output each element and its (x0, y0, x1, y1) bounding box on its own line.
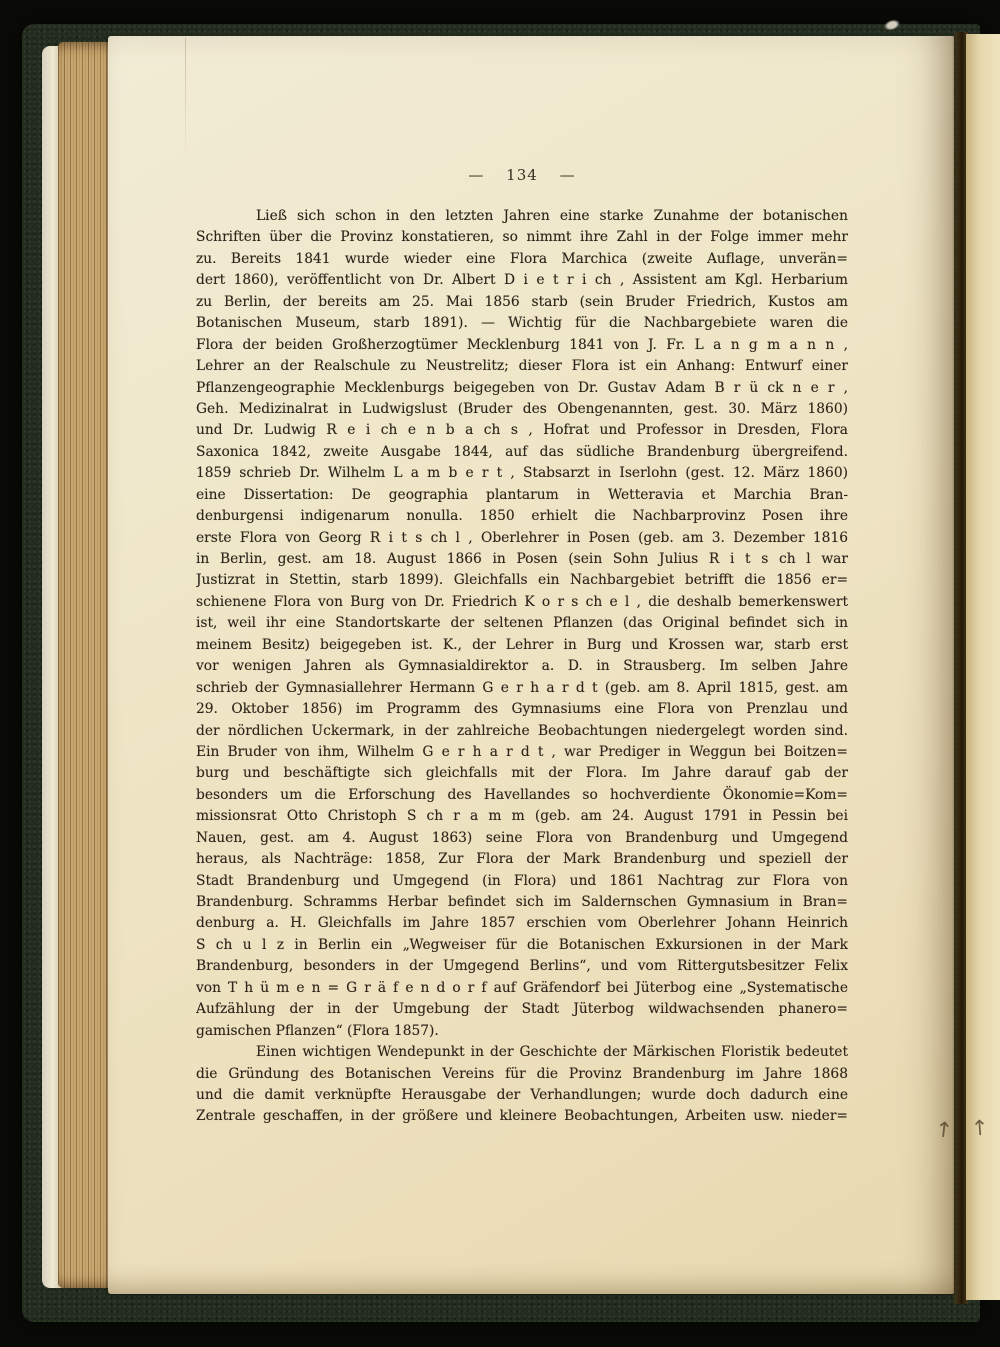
text-line: Botanischen Museum, starb 1891). — Wicht… (196, 313, 848, 334)
text-line: Brandenburg. Schramms Herbar befindet si… (196, 892, 848, 913)
text-line: zu. Bereits 1841 wurde wieder eine Flora… (196, 249, 848, 270)
text-line: dert 1860), veröffentlicht von Dr. Alber… (196, 270, 848, 291)
book-photo: { "page": { "number": "134", "header_dis… (0, 0, 1000, 1347)
text-line: und die damit verknüpfte Herausgabe der … (196, 1085, 848, 1106)
text-line: Aufzählung der in der Umgebung der Stadt… (196, 999, 848, 1020)
facing-page-edge (966, 34, 1000, 1300)
text-line: Einen wichtigen Wendepunkt in der Geschi… (196, 1042, 848, 1063)
text-line: heraus, als Nachträge: 1858, Zur Flora d… (196, 849, 848, 870)
text-line: die Gründung des Botanischen Vereins für… (196, 1064, 848, 1085)
text-line: und Dr. Ludwig R e i ch e n b a ch s , H… (196, 420, 848, 441)
text-line: missionsrat Otto Christoph S ch r a m m … (196, 806, 848, 827)
text-line: Brandenburg, besonders in der Umgegend B… (196, 956, 848, 977)
text-line: erste Flora von Georg R i t s ch l , Obe… (196, 528, 848, 549)
text-line: Lehrer an der Realschule zu Neustrelitz;… (196, 356, 848, 377)
text-line: Geh. Medizinalrat in Ludwigslust (Bruder… (196, 399, 848, 420)
text-line: S ch u l z in Berlin ein „Wegweiser für … (196, 935, 848, 956)
text-line: zu Berlin, der bereits am 25. Mai 1856 s… (196, 292, 848, 313)
text-line: 1859 schrieb Dr. Wilhelm L a m b e r t ,… (196, 463, 848, 484)
text-line: 29. Oktober 1856) im Programm des Gymnas… (196, 699, 848, 720)
text-line: Pflanzengeographie Mecklenburgs beigegeb… (196, 378, 848, 399)
text-line: Ließ sich schon in den letzten Jahren ei… (196, 206, 848, 227)
text-line: von T h ü m e n = G r ä f e n d o r f au… (196, 978, 848, 999)
text-line: Nauen, gest. am 4. August 1863) seine Fl… (196, 828, 848, 849)
text-line: meinem Besitz) beigegeben ist. K., der L… (196, 635, 848, 656)
ink-mark-icon: ↑ (970, 1117, 989, 1139)
paragraph: Einen wichtigen Wendepunkt in der Geschi… (196, 1042, 848, 1128)
text-line: Ein Bruder von ihm, Wilhelm G e r h a r … (196, 742, 848, 763)
text-line: schrieb der Gymnasiallehrer Hermann G e … (196, 678, 848, 699)
ink-mark-icon: ↑ (934, 1119, 954, 1142)
text-line: Flora der beiden Großherzogtümer Mecklen… (196, 335, 848, 356)
text-line: in Berlin, gest. am 18. August 1866 in P… (196, 549, 848, 570)
text-line: Saxonica 1842, zweite Ausgabe 1844, auf … (196, 442, 848, 463)
text-line: schienene Flora von Burg von Dr. Friedri… (196, 592, 848, 613)
text-line: ist, weil ihr eine Standortskarte der se… (196, 613, 848, 634)
page-crease (185, 38, 186, 168)
text-line: Justizrat in Stettin, starb 1899). Gleic… (196, 570, 848, 591)
text-line: gamischen Pflanzen“ (Flora 1857). (196, 1021, 848, 1042)
text-line: Stadt Brandenburg und Umgegend (in Flora… (196, 871, 848, 892)
book-page: — 134 — Ließ sich schon in den letzten J… (108, 36, 954, 1294)
page-number: — 134 — (196, 166, 848, 184)
text-line: Zentrale geschaffen, in der größere und … (196, 1106, 848, 1127)
text-line: Schriften über die Provinz konstatieren,… (196, 227, 848, 248)
page-text-block: Ließ sich schon in den letzten Jahren ei… (196, 206, 848, 1128)
text-line: besonders um die Erforschung des Havella… (196, 785, 848, 806)
page-edge-stack (58, 42, 110, 1288)
text-line: denburgensi indigenarum nonulla. 1850 er… (196, 506, 848, 527)
text-line: eine Dissertation: De geographia plantar… (196, 485, 848, 506)
text-line: vor wenigen Jahren als Gymnasialdirektor… (196, 656, 848, 677)
paragraph: Ließ sich schon in den letzten Jahren ei… (196, 206, 848, 1042)
text-line: der nördlichen Uckermark, in der zahlrei… (196, 721, 848, 742)
text-line: denburg a. H. Gleichfalls im Jahre 1857 … (196, 913, 848, 934)
text-line: burg und beschäftigte sich gleichfalls m… (196, 763, 848, 784)
